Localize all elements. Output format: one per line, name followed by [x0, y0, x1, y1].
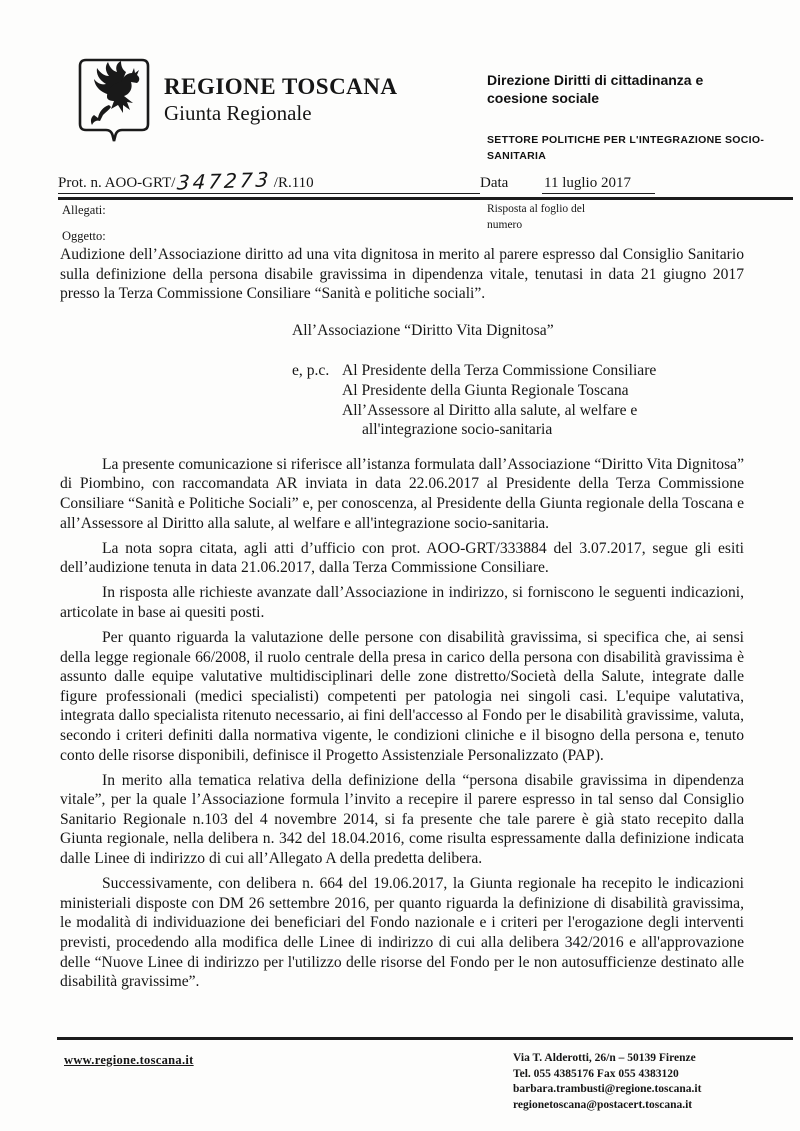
- reply-reference-line1: Risposta al foglio del: [487, 201, 617, 217]
- paragraph-6: Successivamente, con delibera n. 664 del…: [60, 874, 744, 992]
- recipient-cc-3: All’Assessore al Diritto alla salute, al…: [342, 401, 744, 421]
- footer-phone: Tel. 055 4385176 Fax 055 4383120: [513, 1067, 773, 1083]
- paragraph-1: La presente comunicazione si riferisce a…: [60, 455, 744, 533]
- footer-email-2: regionetoscana@postacert.toscana.it: [513, 1098, 773, 1114]
- footer-email-1: barbara.trambusti@regione.toscana.it: [513, 1082, 773, 1098]
- protocol-number: Prot. n. AOO-GRT/347273/R.110: [58, 168, 480, 194]
- recipient-to: All’Associazione “Diritto Vita Dignitosa…: [292, 321, 744, 341]
- protocol-suffix: /R.110: [274, 175, 314, 191]
- recipients-block: All’Associazione “Diritto Vita Dignitosa…: [60, 321, 744, 440]
- org-subtitle: Giunta Regionale: [164, 102, 398, 125]
- recipient-cc-4: all'integrazione socio-sanitaria: [362, 420, 744, 440]
- attachments-label: Allegati:: [62, 203, 106, 218]
- reply-reference-label: Risposta al foglio del numero: [487, 201, 617, 233]
- body-paragraphs: La presente comunicazione si riferisce a…: [60, 455, 744, 992]
- date-label: Data: [480, 175, 542, 192]
- paragraph-2: La nota sopra citata, agli atti d’uffici…: [60, 539, 744, 578]
- footer-divider: [57, 1037, 793, 1040]
- org-name: REGIONE TOSCANA: [164, 74, 398, 99]
- paragraph-5: In merito alla tematica relativa della d…: [60, 771, 744, 869]
- paragraph-4: Per quanto riguarda la valutazione delle…: [60, 628, 744, 765]
- cc-label: e, p.c.: [292, 361, 342, 381]
- protocol-row: Prot. n. AOO-GRT/347273/R.110 Data 11 lu…: [58, 168, 793, 200]
- sector-title: SETTORE POLITICHE PER L'INTEGRAZIONE SOC…: [487, 133, 777, 165]
- letter-body: Audizione dell’Associazione diritto ad u…: [60, 245, 744, 997]
- protocol-prefix: Prot. n. AOO-GRT/: [58, 175, 175, 191]
- date-value: 11 luglio 2017: [542, 175, 655, 194]
- scanned-letter-page: REGIONE TOSCANA Giunta Regionale Direzio…: [0, 0, 800, 1131]
- website-link: www.regione.toscana.it: [64, 1053, 194, 1068]
- footer-contact-block: Via T. Alderotti, 26/n – 50139 Firenze T…: [513, 1051, 773, 1113]
- recipient-cc-2: Al Presidente della Giunta Regionale Tos…: [342, 381, 744, 401]
- org-identity: REGIONE TOSCANA Giunta Regionale: [164, 74, 398, 125]
- subject-label: Oggetto:: [62, 229, 106, 244]
- recipient-cc-row: e, p.c. Al Presidente della Terza Commis…: [60, 361, 744, 381]
- protocol-handwritten-number: 347273: [175, 167, 275, 195]
- footer-address: Via T. Alderotti, 26/n – 50139 Firenze: [513, 1051, 773, 1067]
- direction-title: Direzione Diritti di cittadinanza e coes…: [487, 72, 767, 107]
- reply-reference-line2: numero: [487, 217, 617, 233]
- paragraph-3: In risposta alle richieste avanzate dall…: [60, 583, 744, 622]
- recipient-cc-1: Al Presidente della Terza Commissione Co…: [342, 361, 656, 381]
- subject-text: Audizione dell’Associazione diritto ad u…: [60, 245, 744, 304]
- pegasus-shield-icon: [76, 56, 152, 148]
